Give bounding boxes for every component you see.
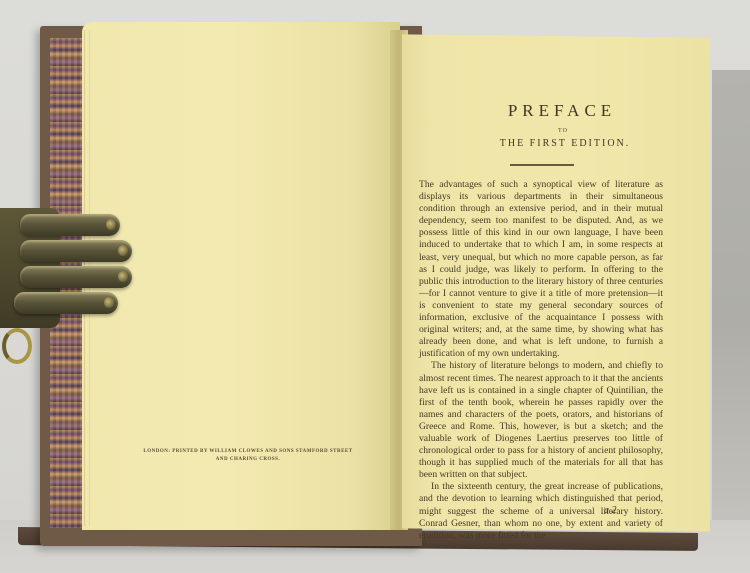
paragraph-1: The advantages of such a synoptical view… — [419, 179, 663, 360]
fingernail — [118, 271, 128, 282]
fingernail — [118, 245, 128, 256]
finger-4 — [14, 292, 118, 314]
signature-mark: a 2 — [604, 505, 617, 516]
preface-title: PREFACE — [492, 101, 632, 121]
title-rule — [510, 164, 574, 166]
paragraph-3: In the sixteenth century, the great incr… — [419, 481, 663, 541]
background-wall — [712, 70, 750, 573]
preface-to: TO — [545, 128, 581, 134]
printer-imprint: LONDON: PRINTED BY WILLIAM CLOWES AND SO… — [138, 448, 358, 464]
finger-1 — [20, 214, 120, 236]
preface-body: The advantages of such a synoptical view… — [419, 179, 663, 542]
fingernail — [104, 297, 114, 308]
brass-ring — [2, 328, 32, 364]
finger-3 — [20, 266, 132, 288]
preface-subtitle: THE FIRST EDITION. — [470, 138, 660, 149]
fingernail — [106, 219, 116, 230]
finger-2 — [20, 240, 132, 262]
brass-hand-page-holder — [0, 200, 140, 350]
paragraph-2: The history of literature belongs to mod… — [419, 360, 663, 481]
imprint-line-2: AND CHARING CROSS. — [138, 456, 358, 464]
imprint-line-1: LONDON: PRINTED BY WILLIAM CLOWES AND SO… — [138, 448, 358, 456]
